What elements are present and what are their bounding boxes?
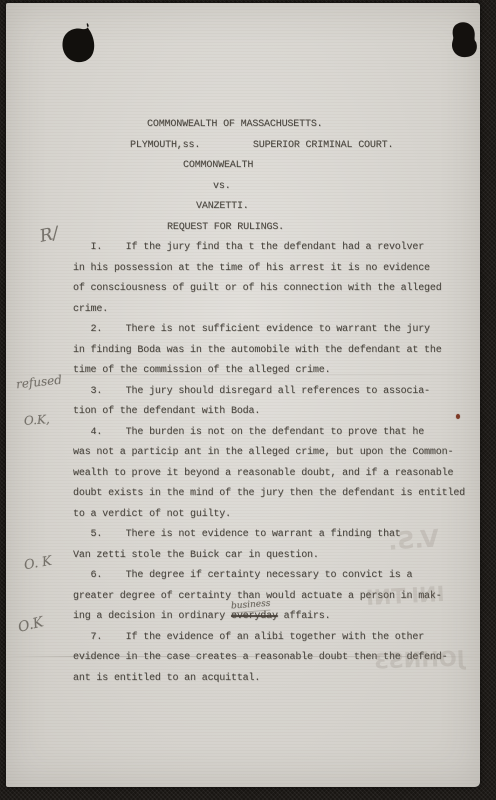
header-line-5: REQUEST FOR RULINGS. — [167, 218, 480, 239]
body-line: crime. — [73, 300, 480, 321]
header-line-0: COMMONWEALTH OF MASSACHUSETTS. — [147, 115, 480, 136]
body-line: ing a decision in ordinary everydaybusin… — [73, 607, 480, 628]
header-line-2: COMMONWEALTH — [183, 156, 480, 177]
body-line: I. If the jury find tha t the defendant … — [73, 238, 480, 259]
body-line: 3. The jury should disregard all referen… — [73, 382, 480, 403]
body-line: time of the commission of the alleged cr… — [73, 361, 480, 382]
body-line: 4. The burden is not on the defendant to… — [73, 423, 480, 444]
bleedthrough-text-0: V.S. — [387, 526, 440, 553]
header-line-4: VANZETTI. — [196, 197, 480, 218]
body-line: wealth to prove it beyond a reasonable d… — [73, 464, 480, 485]
body-line: 7. If the evidence of an alibi together … — [73, 628, 480, 649]
body-line: tion of the defendant with Boda. — [73, 402, 480, 423]
margin-annotation-2: O.K, — [24, 413, 51, 427]
ink-blot-top-right-icon — [442, 20, 480, 64]
body-line: in finding Boda was in the automobile wi… — [73, 341, 480, 362]
body-line: in his possession at the time of his arr… — [73, 259, 480, 280]
struck-word: everydaybusiness — [231, 611, 278, 622]
body-line: doubt exists in the mind of the jury the… — [73, 484, 480, 505]
handwritten-correction: business — [231, 599, 271, 614]
bleedthrough-text-2: JOHNS3 — [374, 648, 465, 672]
header-line-1: PLYMOUTH,ss. SUPERIOR CRIMINAL COURT. — [130, 136, 480, 157]
body-text: ing a decision in ordinary — [73, 611, 231, 622]
photograph-background: { "page": { "background_color": "#191613… — [0, 0, 496, 800]
body-line: of consciousness of guilt or of his conn… — [73, 279, 480, 300]
header-line-3: vs. — [213, 177, 480, 198]
body-line: 2. There is not sufficient evidence to w… — [73, 320, 480, 341]
ink-blot-top-left-icon — [54, 20, 106, 72]
stain-dot — [456, 414, 460, 419]
bleedthrough-text-1: INI-TNI — [366, 584, 446, 609]
body-line: was not a particip ant in the alleged cr… — [73, 443, 480, 464]
document-page: COMMONWEALTH OF MASSACHUSETTS.PLYMOUTH,s… — [6, 3, 480, 787]
body-line: to a verdict of not guilty. — [73, 505, 480, 526]
margin-annotation-0: R/ — [38, 225, 60, 245]
body-text: affairs. — [278, 611, 331, 622]
